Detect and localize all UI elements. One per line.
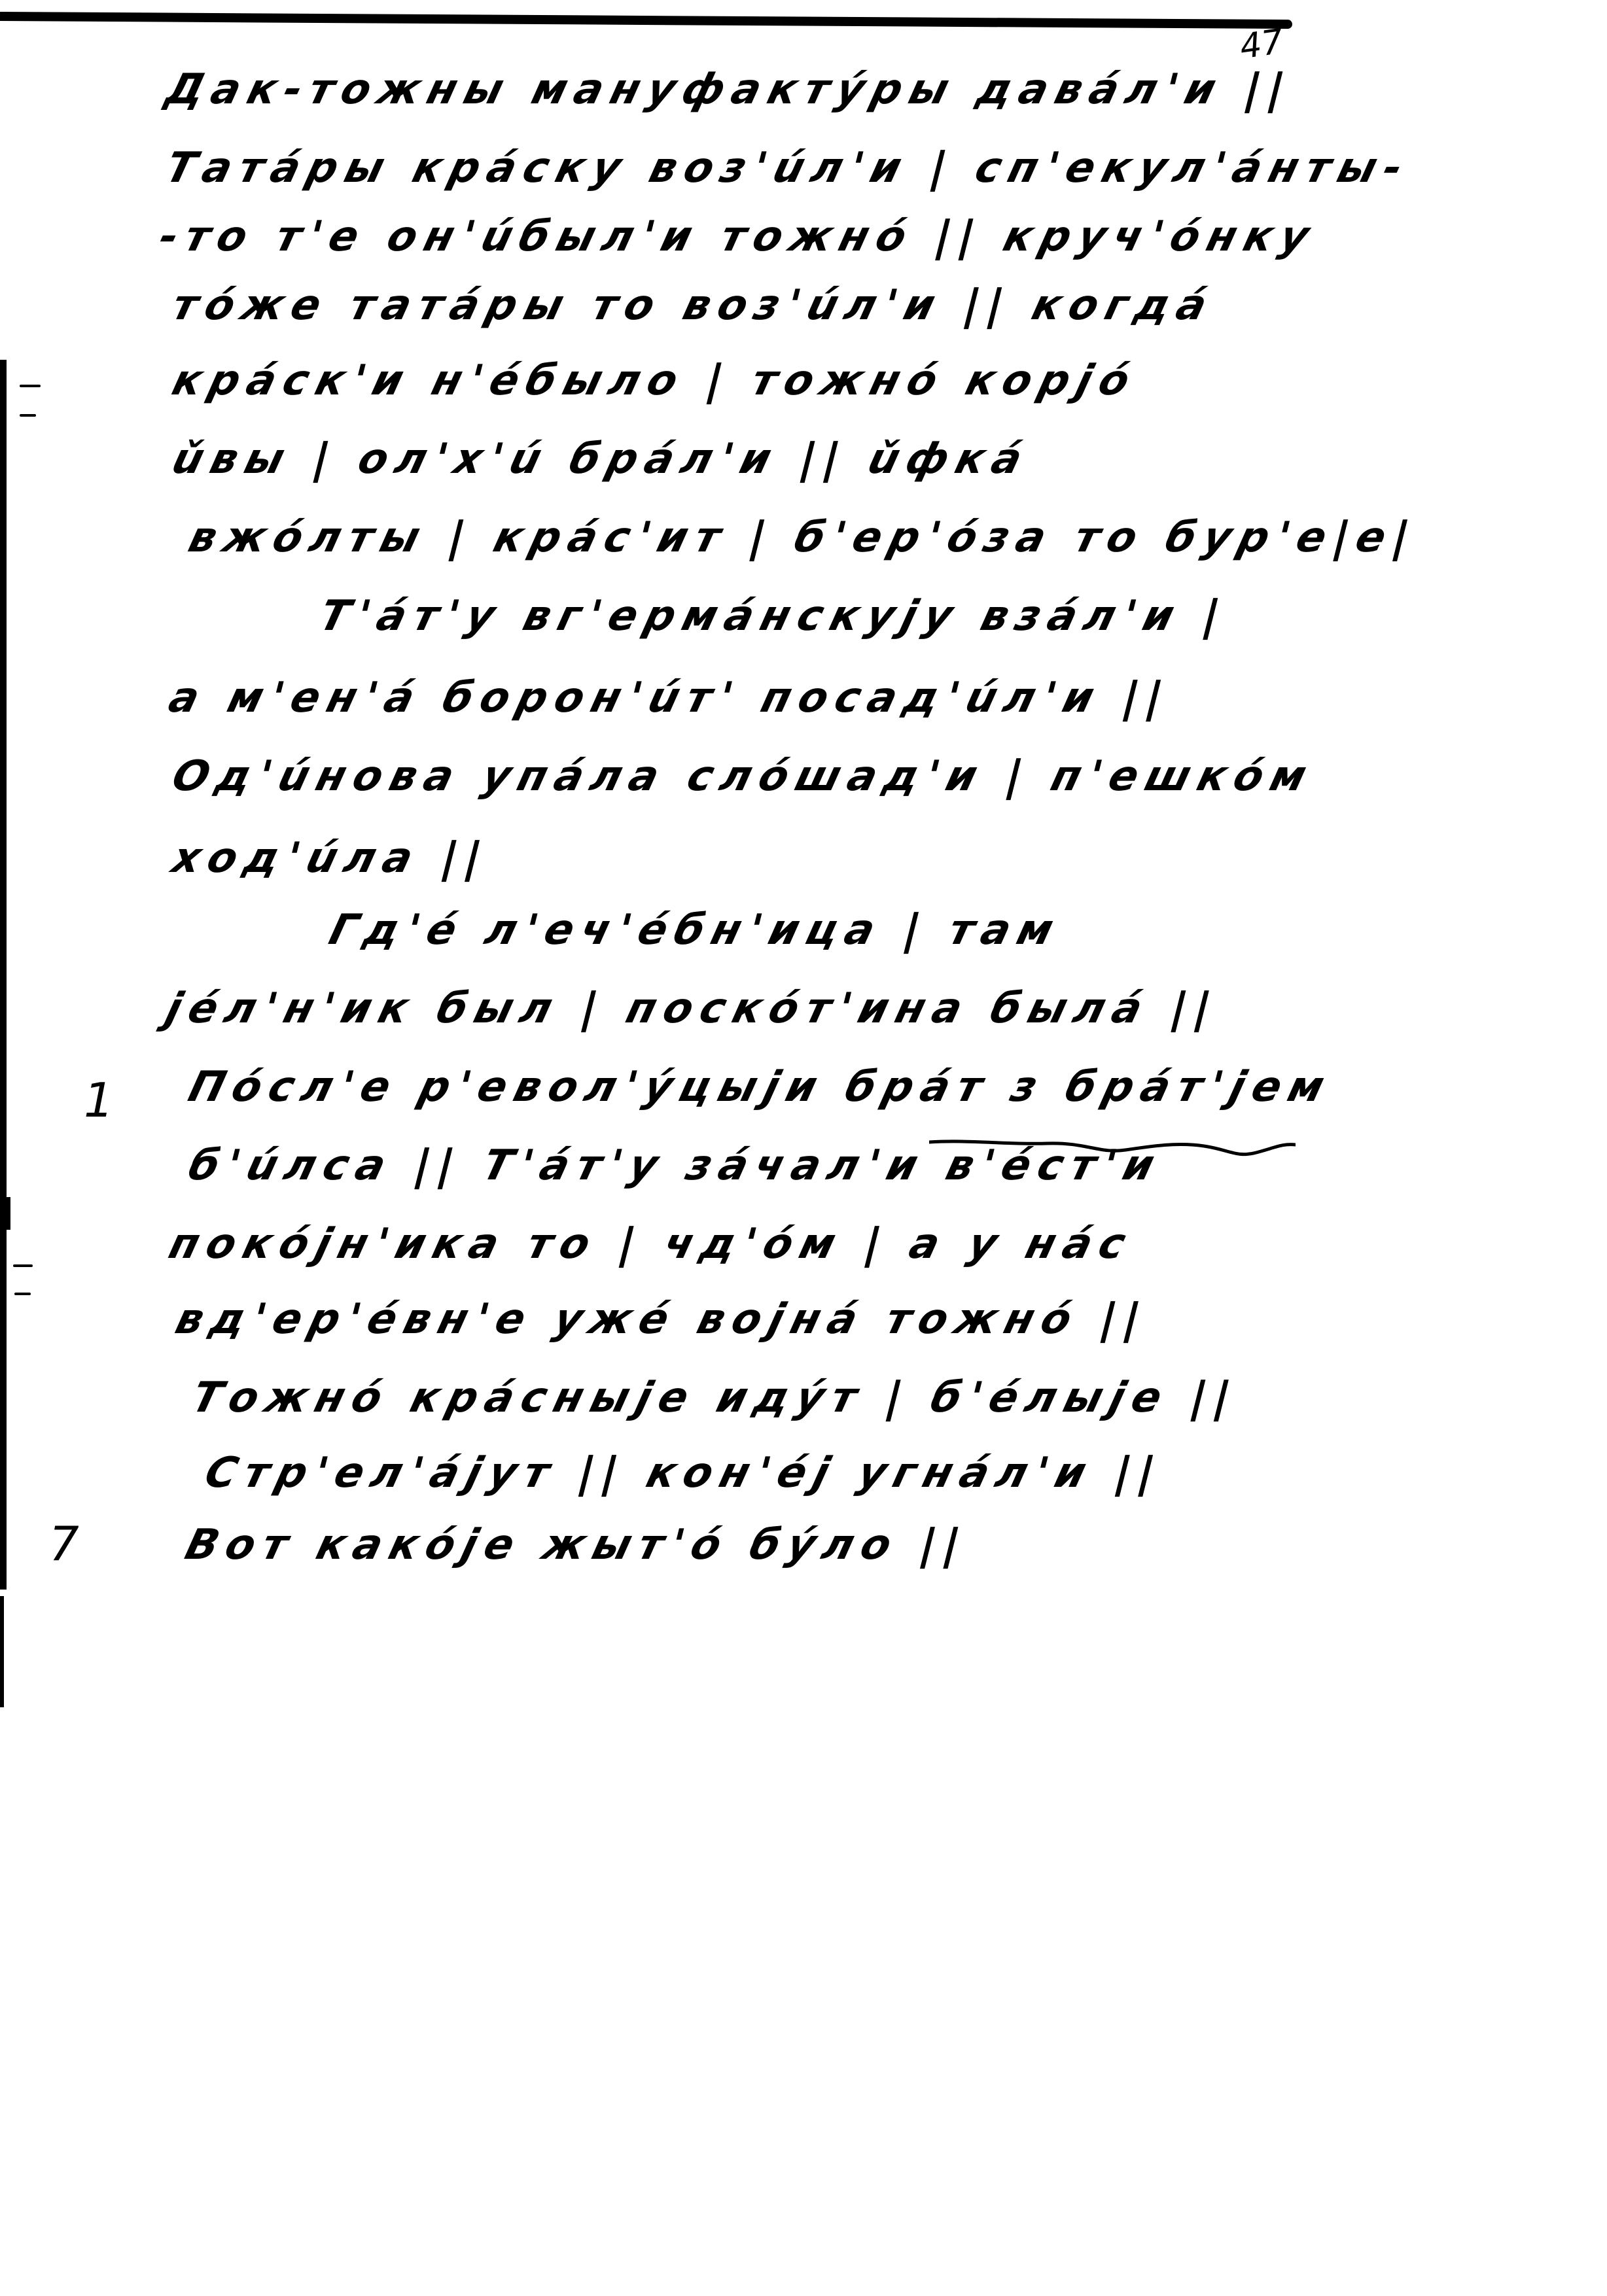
- text-line: Дак-тожны мануфактýры давáл'и ||: [161, 65, 1298, 114]
- scan-left-edge-lower: [0, 1596, 4, 1707]
- text-line: тóже татáры то воз'úл'и || когдá: [168, 281, 1220, 330]
- margin-mark-1: 1: [84, 1073, 114, 1128]
- scan-left-edge: [0, 360, 7, 1590]
- text-line: -то т'е он'úбыл'и тожнó || круч'óнку: [154, 213, 1322, 261]
- text-line: вжóлты | крáс'ит | б'ер'óза то бур'е|е|: [184, 513, 1422, 562]
- margin-mark-7: 7: [49, 1516, 79, 1571]
- text-line: jéл'н'ик был | поскóт'ина былá ||: [161, 984, 1224, 1033]
- wavy-underline: [929, 1137, 1296, 1157]
- edge-tick: [20, 385, 41, 387]
- edge-tick: [20, 414, 36, 417]
- text-line: Гд'é л'еч'éбн'ица | там: [325, 906, 1067, 954]
- scan-top-border: [0, 12, 1292, 29]
- text-line: покójн'ика то | чд'óм | а у нáс: [164, 1220, 1139, 1268]
- text-line: ход'úла ||: [168, 834, 495, 882]
- text-line: Татáры крáску воз'úл'и | сп'екул'áнты-: [161, 144, 1415, 192]
- text-line: Тожнó крáсныjе идýт | б'éлыjе ||: [187, 1374, 1243, 1422]
- edge-tick: [14, 1293, 31, 1295]
- text-line: Вот какójе жыт'ó бýло ||: [181, 1521, 973, 1569]
- text-line: вд'ер'éвн'е ужé воjнá тожнó ||: [171, 1295, 1154, 1344]
- text-line: ǔвы | ол'х'ú брáл'и || ǔфкá: [168, 435, 1034, 483]
- edge-tick: [13, 1264, 33, 1267]
- text-line: Пóсл'е р'евол'ýцыjи брáт з брáт'jем: [184, 1063, 1337, 1111]
- text-line: Од'úнова упáла слóшад'и | п'ешкóм: [168, 752, 1319, 801]
- scanned-page: 47 1 7 Дак-тожны мануфактýры давáл'и || …: [0, 0, 1607, 2296]
- text-line: Т'áт'у вг'ермáнскуjу взáл'и |: [315, 592, 1233, 640]
- scan-left-edge-mark: [0, 1197, 10, 1230]
- page-number: 47: [1237, 22, 1286, 67]
- text-line: а м'ен'á борон'úт' посад'úл'и ||: [164, 674, 1176, 722]
- text-line: крáск'и н'éбыло | тожнó корjó: [168, 357, 1142, 405]
- text-line: Стр'ел'ájут || кон'éj угнáл'и ||: [200, 1449, 1168, 1497]
